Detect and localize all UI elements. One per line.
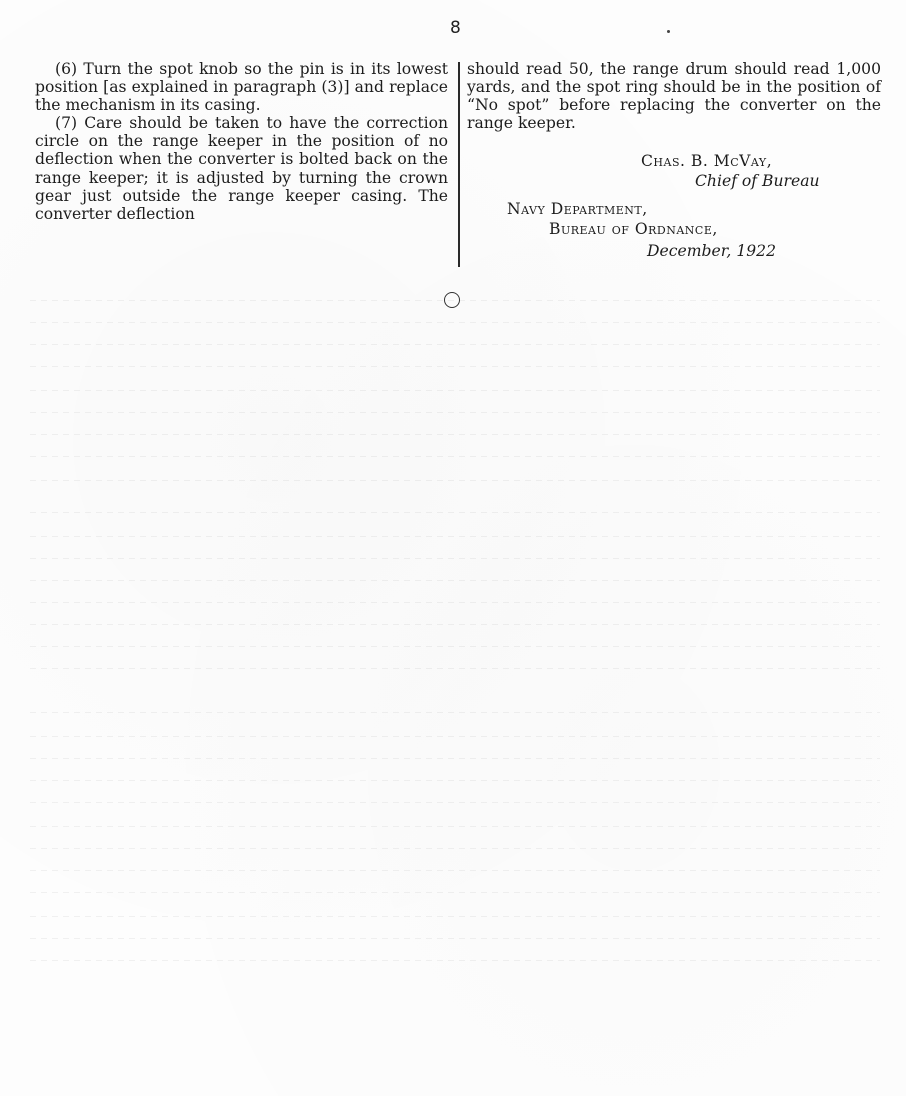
bleed-through-line bbox=[30, 480, 880, 481]
paragraph-6: (6) Turn the spot knob so the pin is in … bbox=[35, 60, 448, 114]
left-column: (6) Turn the spot knob so the pin is in … bbox=[35, 60, 448, 223]
circle-end-mark-icon bbox=[444, 292, 460, 308]
bleed-through-line bbox=[30, 826, 880, 827]
bleed-through-line bbox=[30, 390, 880, 391]
bleed-through-line bbox=[30, 848, 880, 849]
bleed-through-line bbox=[30, 412, 880, 413]
bleed-through-line bbox=[30, 668, 880, 669]
page-number: 8 bbox=[450, 18, 461, 38]
bleed-through-line bbox=[30, 712, 880, 713]
bleed-through-line bbox=[30, 602, 880, 603]
signatory-title: Chief of Bureau bbox=[695, 172, 820, 191]
bleed-through-line bbox=[30, 646, 880, 647]
bureau-name: Bureau of Ordnance, bbox=[549, 220, 718, 239]
bleed-through-line bbox=[30, 802, 880, 803]
bleed-through-line bbox=[30, 870, 880, 871]
bleed-through-line bbox=[30, 736, 880, 737]
bleed-through-line bbox=[30, 434, 880, 435]
bleed-through-line bbox=[30, 960, 880, 961]
bleed-through-line bbox=[30, 758, 880, 759]
bleed-through-line bbox=[30, 558, 880, 559]
bleed-through-line bbox=[30, 780, 880, 781]
document-date: December, 1922 bbox=[647, 242, 776, 261]
bleed-through-line bbox=[30, 456, 880, 457]
column-divider bbox=[458, 62, 460, 267]
signatory-name: Chas. B. McVay, bbox=[641, 152, 772, 171]
paragraph-7: (7) Care should be taken to have the cor… bbox=[35, 114, 448, 223]
bleed-through-line bbox=[30, 536, 880, 537]
right-column: should read 50, the range drum should re… bbox=[467, 60, 881, 132]
bleed-through-line bbox=[30, 892, 880, 893]
bleed-through-line bbox=[30, 512, 880, 513]
bleed-through-line bbox=[30, 580, 880, 581]
bleed-through-line bbox=[30, 366, 880, 367]
document-page: 8 (6) Turn the spot knob so the pin is i… bbox=[0, 0, 906, 1096]
bleed-through-line bbox=[30, 322, 880, 323]
bleed-through-line bbox=[30, 344, 880, 345]
bleed-through-line bbox=[30, 624, 880, 625]
scan-speck bbox=[667, 30, 670, 33]
bleed-through-line bbox=[30, 938, 880, 939]
paragraph-7-continued: should read 50, the range drum should re… bbox=[467, 60, 881, 132]
department-name: Navy Department, bbox=[507, 200, 648, 219]
bleed-through-line bbox=[30, 916, 880, 917]
